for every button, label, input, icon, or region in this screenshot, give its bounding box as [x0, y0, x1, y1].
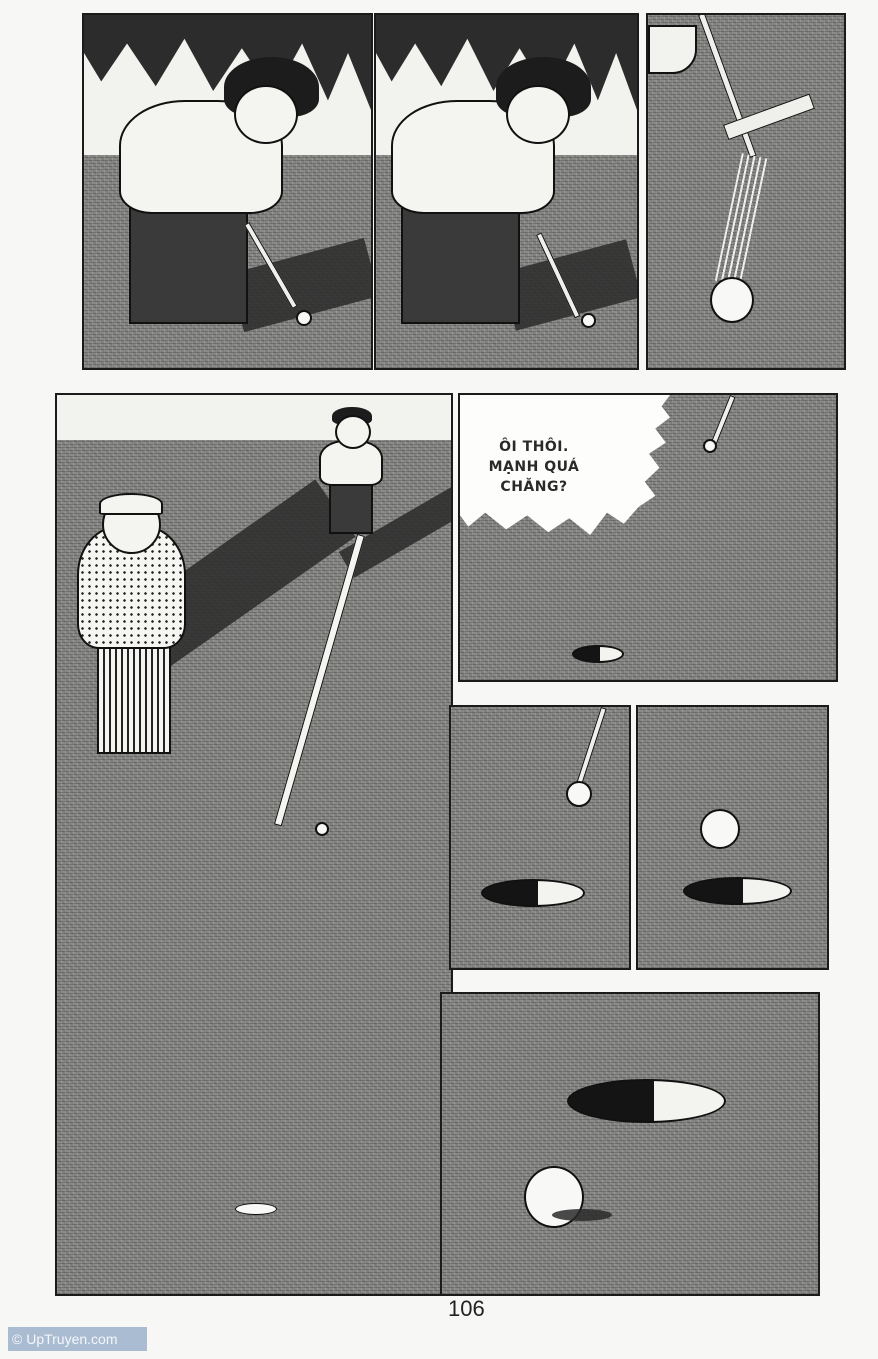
- panel-7: [636, 705, 829, 970]
- golf-ball: [235, 1203, 277, 1215]
- flagstick-end: [315, 822, 329, 836]
- sky: [57, 395, 451, 440]
- panel-8: [440, 992, 820, 1296]
- golf-ball: [566, 781, 592, 807]
- golf-hole: [572, 645, 624, 663]
- motion-lines: [715, 153, 771, 286]
- golf-ball: [703, 439, 717, 453]
- page-number: 106: [448, 1296, 485, 1322]
- golf-ball: [710, 277, 754, 323]
- watermark: © UpTruyen.com: [8, 1327, 147, 1351]
- golf-ball: [700, 809, 740, 849]
- flagstick: [711, 395, 736, 445]
- shoe: [648, 25, 697, 74]
- golf-hole: [481, 879, 585, 907]
- golf-ball: [581, 313, 596, 328]
- boy-head: [234, 85, 298, 144]
- shadow: [500, 239, 639, 331]
- panel-6: [449, 705, 631, 970]
- speech-text: ÔI THÔI. MẠNH QUÁ CHĂNG?: [474, 437, 594, 497]
- panel-5: ÔI THÔI. MẠNH QUÁ CHĂNG?: [458, 393, 838, 682]
- boy-head: [506, 85, 570, 144]
- panel-1: [82, 13, 373, 370]
- golf-hole: [683, 877, 792, 905]
- speech-line-2: MẠNH QUÁ: [474, 457, 594, 477]
- boy-distant-head: [335, 415, 371, 449]
- speech-line-1: ÔI THÔI.: [474, 437, 594, 457]
- golf-hole: [567, 1079, 726, 1123]
- ball-shadow: [552, 1209, 612, 1221]
- panel-4: [55, 393, 453, 1296]
- man-cap: [99, 493, 163, 515]
- panel-2: [374, 13, 639, 370]
- speech-line-3: CHĂNG?: [474, 477, 594, 497]
- panel-3: [646, 13, 846, 370]
- golf-ball: [296, 310, 312, 326]
